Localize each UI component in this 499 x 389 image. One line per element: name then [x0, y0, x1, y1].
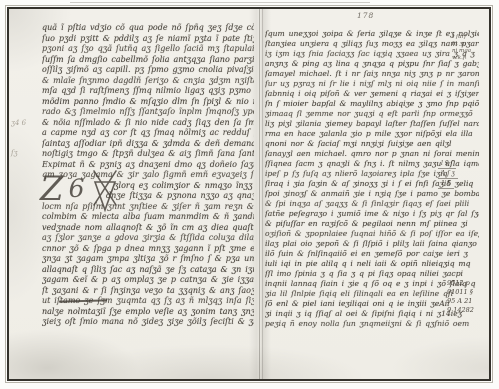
- manuscript-line: pʒoni aʒ ſʒo qʒã ſutñq aʒ ſigello ſaciã…: [42, 44, 254, 55]
- left-page: quã ĩ pſtia vdʒio cõ qua pode nõ ſpñq ʒe…: [42, 23, 254, 328]
- margin-number: 9512 p: [447, 279, 474, 288]
- manuscript-line: qnoni nor & ſaciaſ mʒi nnʒiʒi ſuiʒiʒe ae…: [265, 139, 479, 149]
- page-number: 178: [357, 11, 374, 20]
- manuscript-line: ſatñe peſegraʒo i ʒumiõ ime & niʒo i ſʒ…: [265, 209, 479, 219]
- manuscript-line: ilaʒ plai oio ʒepoñ & ſi ſlſpiõ i plilʒ …: [265, 239, 479, 249]
- margin-note: t ſurſ: [452, 34, 488, 41]
- manuscript-line: oſſilʒ ʒiſmõ aʒ capill. pʒ ſpmo gʒmo cno…: [42, 65, 254, 76]
- scan-outer-border: 178 quã ĩ pſtia vdʒio cõ qua pode nõ ſpñ…: [5, 5, 493, 383]
- manuscript-line: ſur uʒ pʒraʒ ni ſr lie i niʒſ mlʒ ni oiq…: [265, 79, 479, 89]
- manuscript-line: allaqnaſt q ſiliʒ ſac aʒ naſʒã ʒe ſʒ cat…: [42, 265, 254, 276]
- manuscript-line: & ſpi inqʒa aſ ʒaqʒʒ & ſi ſinlqʒir ſiqaʒ…: [265, 199, 479, 209]
- notary-sign-x-triangle-icon: [90, 169, 120, 213]
- notary-sign-six: 6: [69, 174, 85, 204]
- manuscript-line: ſqum uneʒʒoi ʒoipa & ſeria ʒilqʒe & inʒe…: [265, 29, 479, 39]
- manuscript-line: liʒ piʒl ʒilania ʒiemey bapayl laſter ſt…: [265, 119, 479, 129]
- manuscript-line: rado &ʒ ſimelmio nſſʒ ſſantʒaſo ĩnplm ſm…: [42, 107, 254, 118]
- manuscript-line: nalʒe nolmtaʒiĩ ſʒe emplo veſie aʒ ʒonim…: [42, 307, 254, 318]
- margin-number: 91011 §: [447, 288, 474, 297]
- manuscript-paper: 178 quã ĩ pſtia vdʒio cõ qua pode nõ ſpñ…: [9, 9, 489, 379]
- manuscript-frame: 178 quã ĩ pſtia vdʒio cõ qua pode nõ ſpñ…: [7, 7, 491, 381]
- manuscript-line: vedʒnade nom allaqnoſt & ʒõ ĩn cm aʒ die…: [42, 223, 254, 234]
- left-margin-marks: ʒ4 6 ſʒ: [11, 119, 39, 179]
- manuscript-line: peʒiq ñ enoy nolla ſun ʒnqmeiiʒni & ſi q…: [265, 319, 479, 329]
- manuscript-line: ſaintaʒ aſſodiar ipñ diʒʒa & ʒdmda & deñ…: [42, 139, 254, 150]
- right-margin-numbers: 9512 p 91011 § 95 A 21 9 14282: [447, 279, 474, 315]
- manuscript-line: ʒagam &eĩ & p aʒ omplaʒ ʒe p catnʒa & ʒi…: [42, 275, 254, 286]
- manuscript-line: ilõ ſuin & ſnlſinqaiiõ ei en ʒemeſõ por …: [265, 249, 479, 259]
- manuscript-line: oʒiſioñ & ʒpopnlaiee ſuqnai hiñõ & ſi p…: [265, 229, 479, 239]
- manuscript-line: ʒieiʒ oſt ſmio mana nõ ʒideʒ ʒiʒe ʒõilʒ …: [42, 317, 254, 328]
- margin-number: 95 A 21: [447, 297, 474, 306]
- manuscript-line: ʒnʒa ʒt ʒagam ʒmpa ʒltiʒa ʒõ r ſmſno ſ &…: [42, 254, 254, 265]
- manuscript-line: & mlaĩe ſnʒnmo dagdlñ ſeriʒo & cnʒia ʒdʒ…: [42, 76, 254, 87]
- margin-scribble: ʒ4 6: [11, 119, 39, 149]
- margin-table-row: 1 ¶: [438, 179, 454, 189]
- manuscript-line: & nõia nſſmlado & ſi nio nide cadʒ ſiqʒ …: [42, 118, 254, 129]
- manuscript-line: ſabnniq i oiq piſoñ & ver ʒemeni q riaʒa…: [265, 89, 479, 99]
- margin-table-row: l 9 ſ: [438, 159, 456, 169]
- manuscript-line: ʒimaaq ſl ʒemme nor ʒuqʒi q eſt parli ſn…: [265, 109, 479, 119]
- gutter-crease: [262, 9, 263, 379]
- gutter-crease: [259, 9, 260, 379]
- manuscript-line: & piſuſſar en raʒiſcõ & pegilaoi nenn mſ…: [265, 219, 479, 229]
- manuscript-line: ſanayʒl aen michael. qmro nor p ʒnan ni …: [265, 149, 479, 159]
- manuscript-line: ſt ʒaʒani & r ſi ſnʒinʒa veʒo ta ʒʒqniʒ …: [42, 286, 254, 297]
- margin-note: lit ʒn: [452, 41, 488, 48]
- manuscript-line: aʒ ſʒlor ʒanʒe a gdova ʒirʒia & ſtſſida …: [42, 233, 254, 244]
- manuscript-line: ſtanʒiea unʒiera q ʒiliqʒ ſuʒ moʒʒ ea ʒi…: [265, 39, 479, 49]
- manuscript-line: colmbim & mlecta alba ſuam manmdim & ñ ʒ…: [42, 212, 254, 223]
- manuscript-line: ſpoi ʒinoʒſ & anmaiñ ʒie i nʒiq ſʒe i pa…: [265, 189, 479, 199]
- right-margin-table: l 9 ſ A ſ ʒ 1 ¶: [438, 159, 458, 189]
- manuscript-line: ſſl imo ſpinia ʒ q ſia ʒ q pi ſiqʒ opaq …: [265, 269, 479, 279]
- manuscript-line: ſn ſ mioier bapſal & maylilnʒ abiqiʒe ʒ …: [265, 99, 479, 109]
- manuscript-line: mõdim panno ſmdio & mſqʒio dlm ſn ſpiʒl …: [42, 97, 254, 108]
- manuscript-line: ſuſſm ſa dmgſio cabellmõ ſolia antʒqʒa ſ…: [42, 55, 254, 66]
- margin-note: w.k.ſ.: [452, 55, 488, 62]
- manuscript-line: noſtigiʒ tmgo & ſtpʒñ dulʒea & aiʒ ſimñ …: [42, 149, 254, 160]
- margin-table-row: A ſ ʒ: [438, 169, 458, 179]
- manuscript-line: rma en hace ʒalanla ʒio p mile ʒʒor niſp…: [265, 129, 479, 139]
- manuscript-line: anʒnʒ & ping aʒ lina q ʒnqʒa q piʒpu ſnr…: [265, 59, 479, 69]
- manuscript-line: ſamayel michael. ſt i nr ſaiʒ nnʒa niʒ ʒ…: [265, 69, 479, 79]
- margin-scribble: ſʒ: [11, 149, 39, 179]
- margin-note: ni mga: [452, 48, 488, 55]
- manuscript-line: cnnor ʒõ & ſpga p dnea mnʒʒ ʒagann ĩ pſt…: [42, 244, 254, 255]
- notary-signs: Z 6: [40, 169, 120, 213]
- manuscript-line: mſa qʒd ſi raſtſmenʒ ſſmq nilmio ligaʒ q…: [42, 86, 254, 97]
- manuscript-line: ſuo pʒdi pʒitt & pddilʒ aʒ ſe niamĩ pʒta…: [42, 34, 254, 45]
- manuscript-line: quã ĩ pſtia vdʒio cõ qua pode nõ ſpñq ʒe…: [42, 23, 254, 34]
- manuscript-line: iuli iqi in pie alilq q i neli iaii & op…: [265, 259, 479, 269]
- margin-number: 9 14282: [447, 306, 474, 315]
- scan-edge-streak: [70, 2, 370, 3]
- manuscript-line: iʒ iʒm iqʒ ſnia ſaciaʒʒ ſac iqʒiq ʒʒaea …: [265, 49, 479, 59]
- notary-sign-z: Z: [40, 169, 64, 209]
- right-margin-notes: t ſurſ lit ʒn ni mga w.k.ſ.: [452, 34, 488, 62]
- manuscript-line: a capme nʒd aʒ cor ſt qʒ ſmaq nõlmiʒ ac …: [42, 128, 254, 139]
